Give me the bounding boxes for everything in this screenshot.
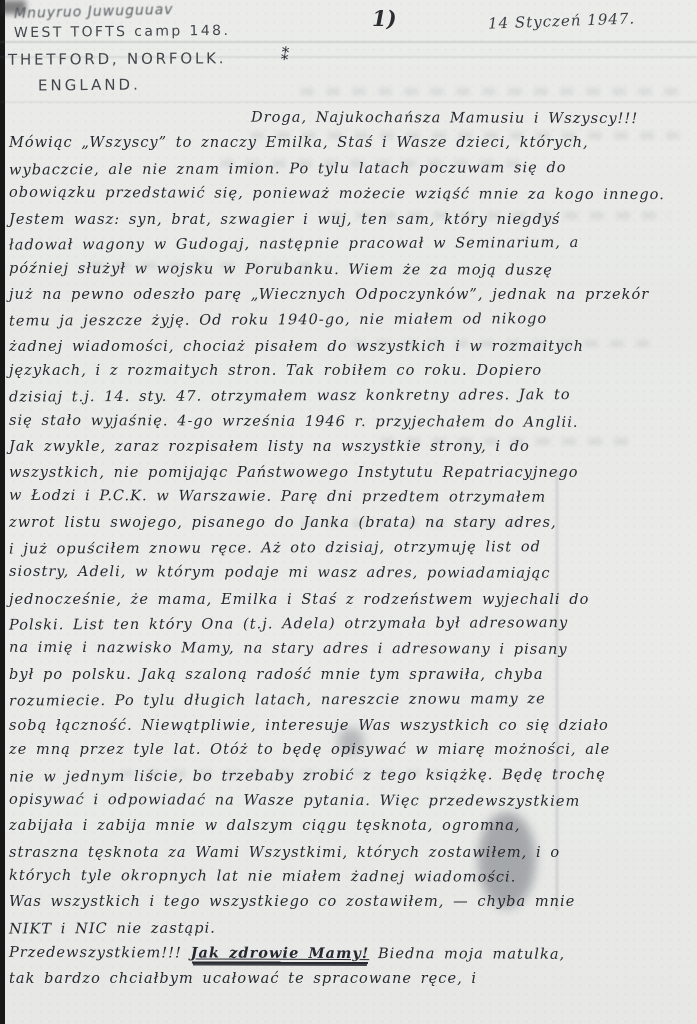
letter-line: NIKT i NIC nie zastąpi. [9,914,693,942]
underlined-phrase: Jak zdrowie Mamy! [191,944,370,962]
scan-edge-strip [0,0,5,1024]
letter-line: których tyle okropnych lat nie miałem ża… [9,864,693,892]
letter-line: już na pewno odeszło parę „Wiecznych Odp… [9,283,693,308]
letter-line: się stało wyjaśnię. 4-go września 1946 r… [9,408,693,436]
letter-line: na imię i nazwisko Mamy, na stary adres … [9,636,693,664]
letter-line: temu ja jeszcze żyję. Od roku 1940-go, n… [9,307,693,335]
letter-line: nie w jednym liście, bo trzebaby zrobić … [9,762,693,790]
letter-line: ładował wagony w Gudogaj, następnie prac… [9,231,693,259]
letter-line: opisywać i odpowiadać na Wasze pytania. … [9,788,693,816]
letter-line: był po polsku. Jaką szaloną radość mnie … [9,663,693,688]
letter-line: zabijała i zabija mnie w dalszym ciągu t… [9,814,693,839]
letter-line: straszna tęsknota za Wami Wszystkimi, kt… [9,841,693,866]
letter-line: ze mną przez tyle lat. Otóż to będę opis… [9,738,693,763]
letter-line: w Łodzi i P.C.K. w Warszawie. Parę dni p… [9,484,693,512]
letter-line: później służył w wojsku w Porubanku. Wie… [9,257,693,285]
letter-line: i już opuściłem znowu ręce. Aż oto dzisi… [9,535,693,563]
scan-streak [0,101,697,103]
letter-body: Droga, Najukochańsza Mamusiu i Wszyscy!!… [9,106,693,991]
letter-line: obowiązku przedstawić się, ponieważ może… [9,181,693,209]
closing-health-line: Przedewszystkiem!!! Jak zdrowie Mamy! Bi… [9,940,693,968]
letter-line: siostry, Adeli, w którym podaje mi wasz … [9,560,693,588]
letter-line: rozumiecie. Po tylu długich latach, nare… [9,686,693,714]
closing-suffix: Biedna moja matulka, [369,946,565,963]
letter-line: jednocześnie, że mama, Emilka i Staś z r… [9,588,693,613]
letter-line: Jestem wasz: syn, brat, szwagier i wuj, … [9,208,693,233]
letter-line: językach, i z rozmaitych stron. Tak robi… [9,359,693,384]
sender-address-country: ENGLAND. [38,76,141,95]
letter-line: sobą łączność. Niewątpliwie, interesuje … [9,714,693,739]
letter-line: wszystkich, nie pomijając Państwowego In… [9,461,693,486]
letter-line: Mówiąc „Wszyscy” to znaczy Emilka, Staś … [9,131,693,156]
letter-line: zwrot listu swojego, pisanego do Janka (… [9,511,693,536]
salutation-line: Droga, Najukochańsza Mamusiu i Wszyscy!!… [9,105,693,133]
letter-last-line: tak bardzo chciałbym ucałować te spracow… [9,967,693,992]
letter-line: wybaczcie, ale nie znam imion. Po tylu l… [9,155,693,183]
letter-line: Jak zwykle, zaraz rozpisałem listy na ws… [9,435,693,460]
sender-address-camp: WEST TOFTS camp 148. [14,23,230,41]
letter-line: Was wszystkich i tego wszystkiego co zos… [9,890,693,915]
page-number: 1) [372,6,397,31]
closing-prefix: Przedewszystkiem!!! [9,945,191,962]
letter-line: Polski. List ten który Ona (t.j. Adela) … [9,610,693,638]
scan-streak [0,41,697,43]
sender-address-town: THETFORD, NORFOLK. [8,49,226,69]
bleedthrough-text [300,88,680,95]
letter-line: żadnej wiadomości, chociaż pisałem do ws… [9,335,693,360]
letter-line: dzisiaj t.j. 14. sty. 47. otrzymałem was… [9,383,693,411]
